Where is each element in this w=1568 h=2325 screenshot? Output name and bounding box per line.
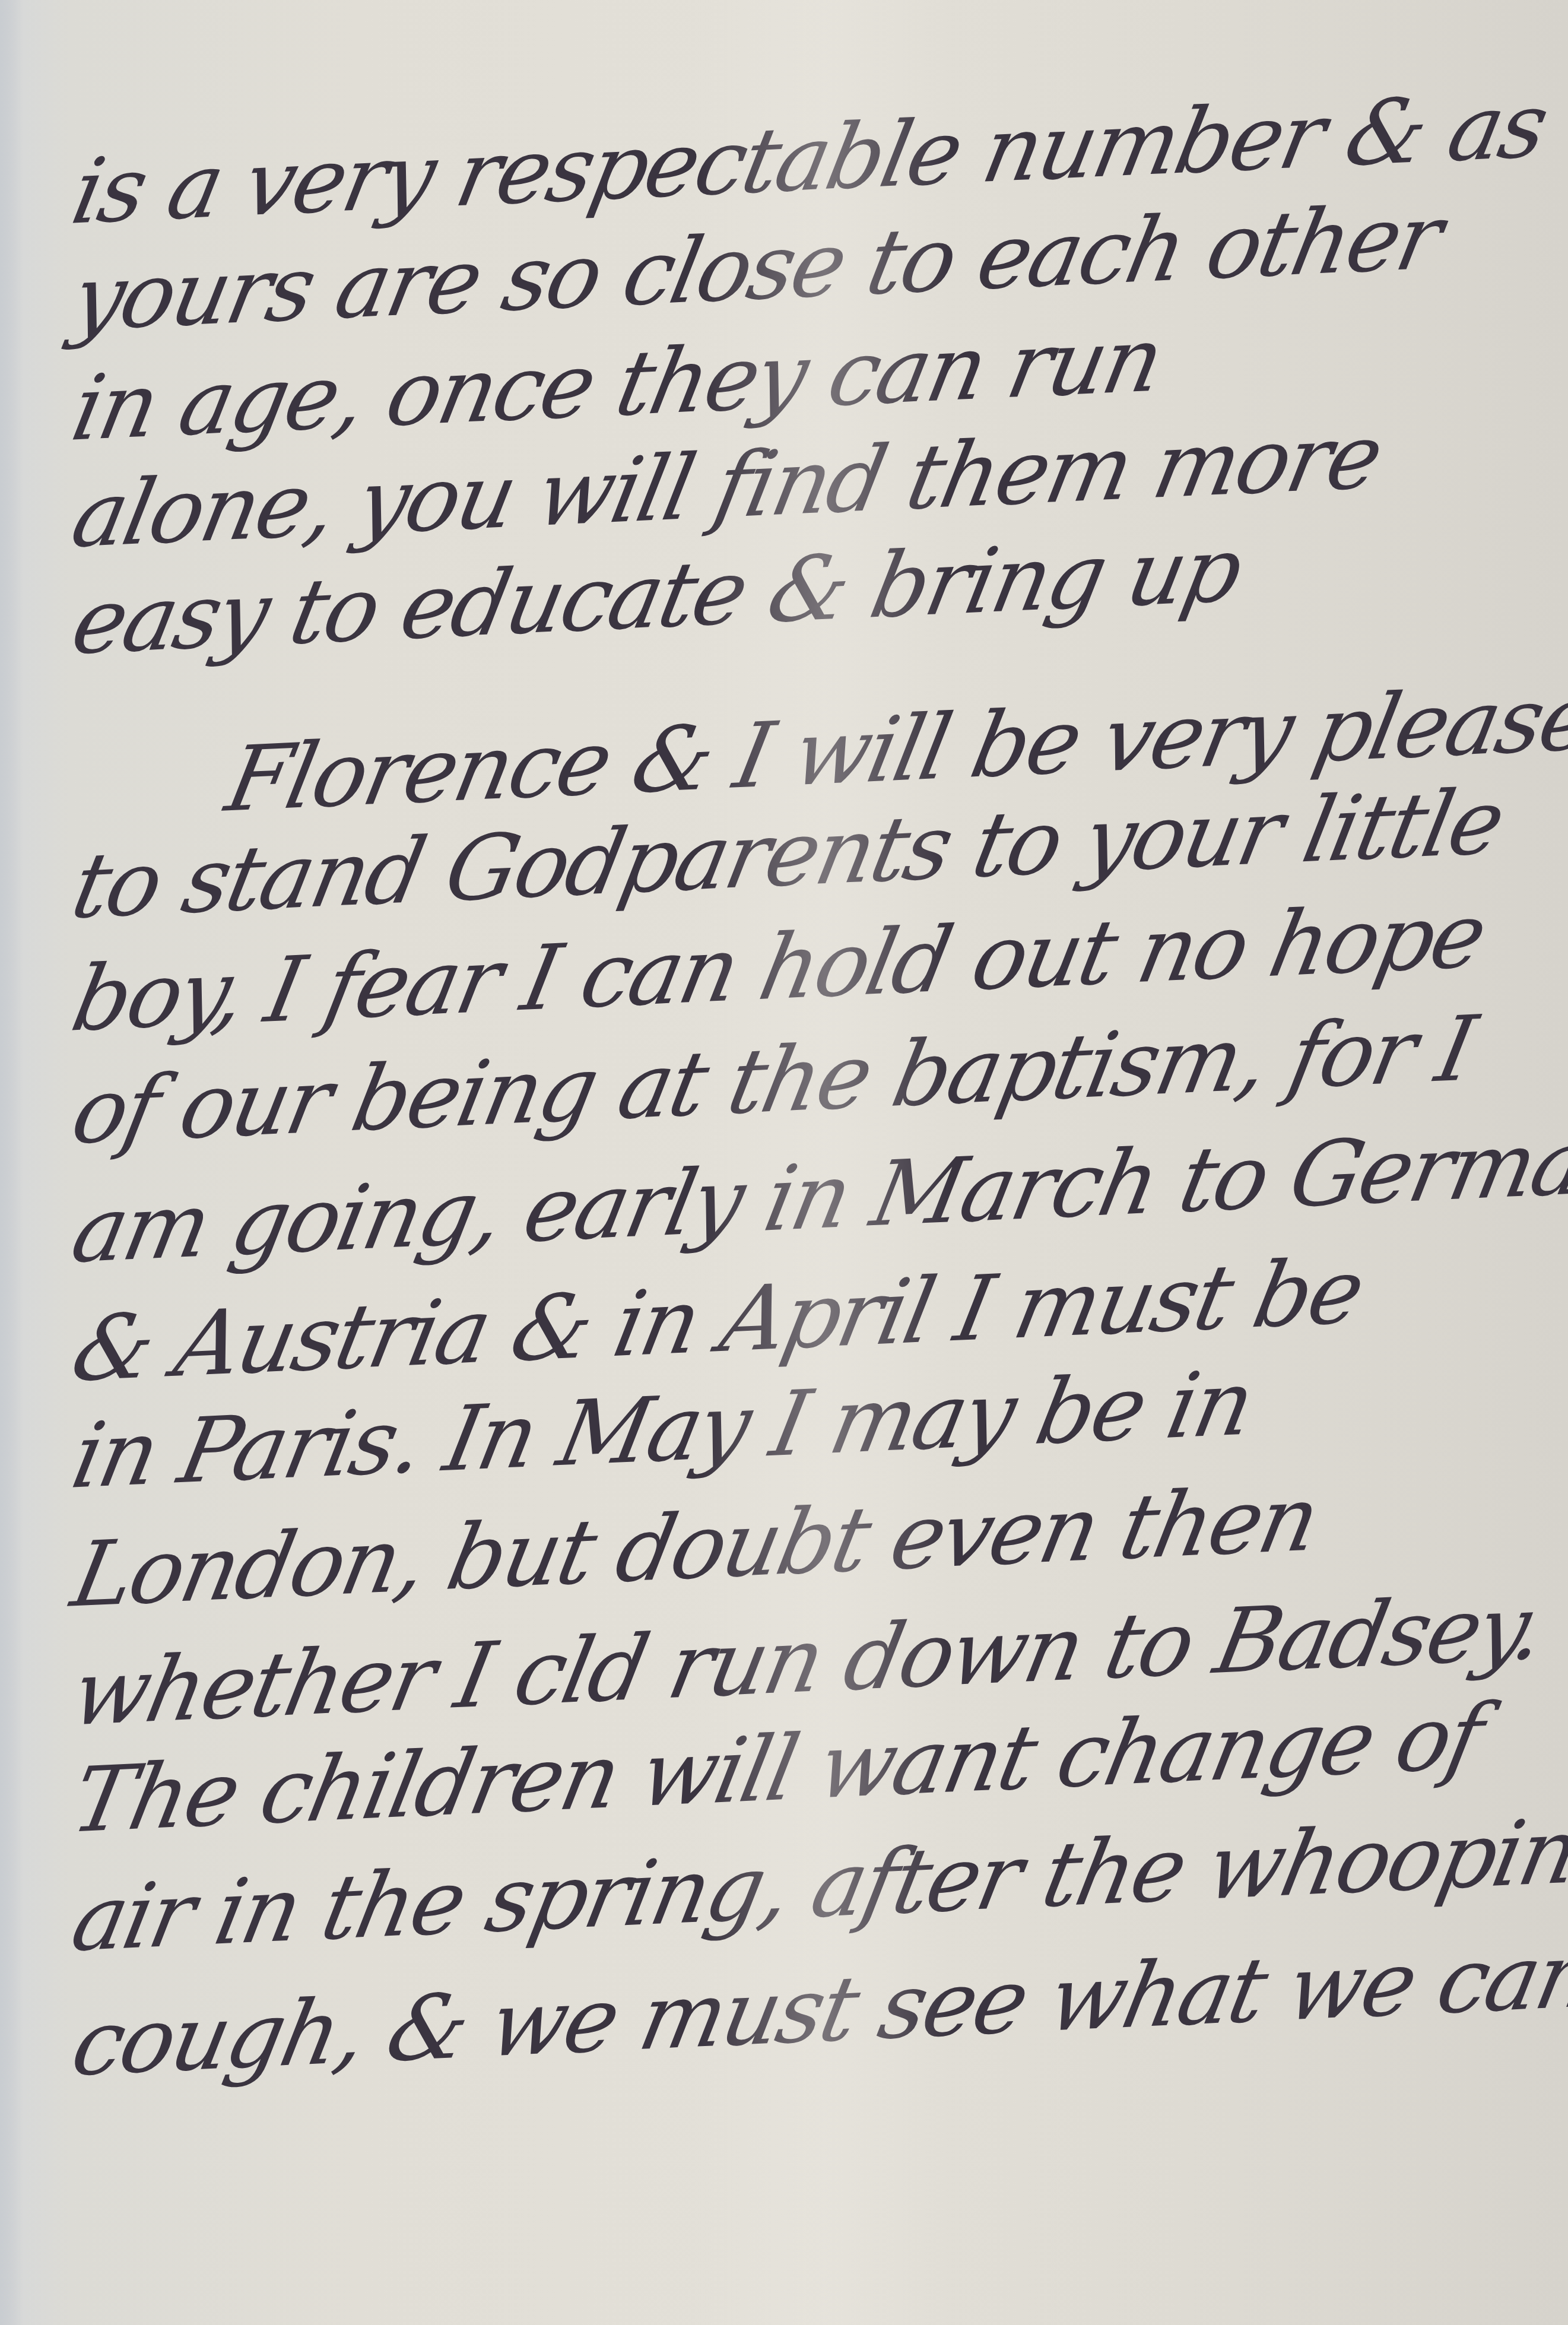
handwritten-text-block: is a very respectable number & as yours … bbox=[0, 0, 1568, 2325]
letter-page: is a very respectable number & as yours … bbox=[0, 0, 1568, 2325]
